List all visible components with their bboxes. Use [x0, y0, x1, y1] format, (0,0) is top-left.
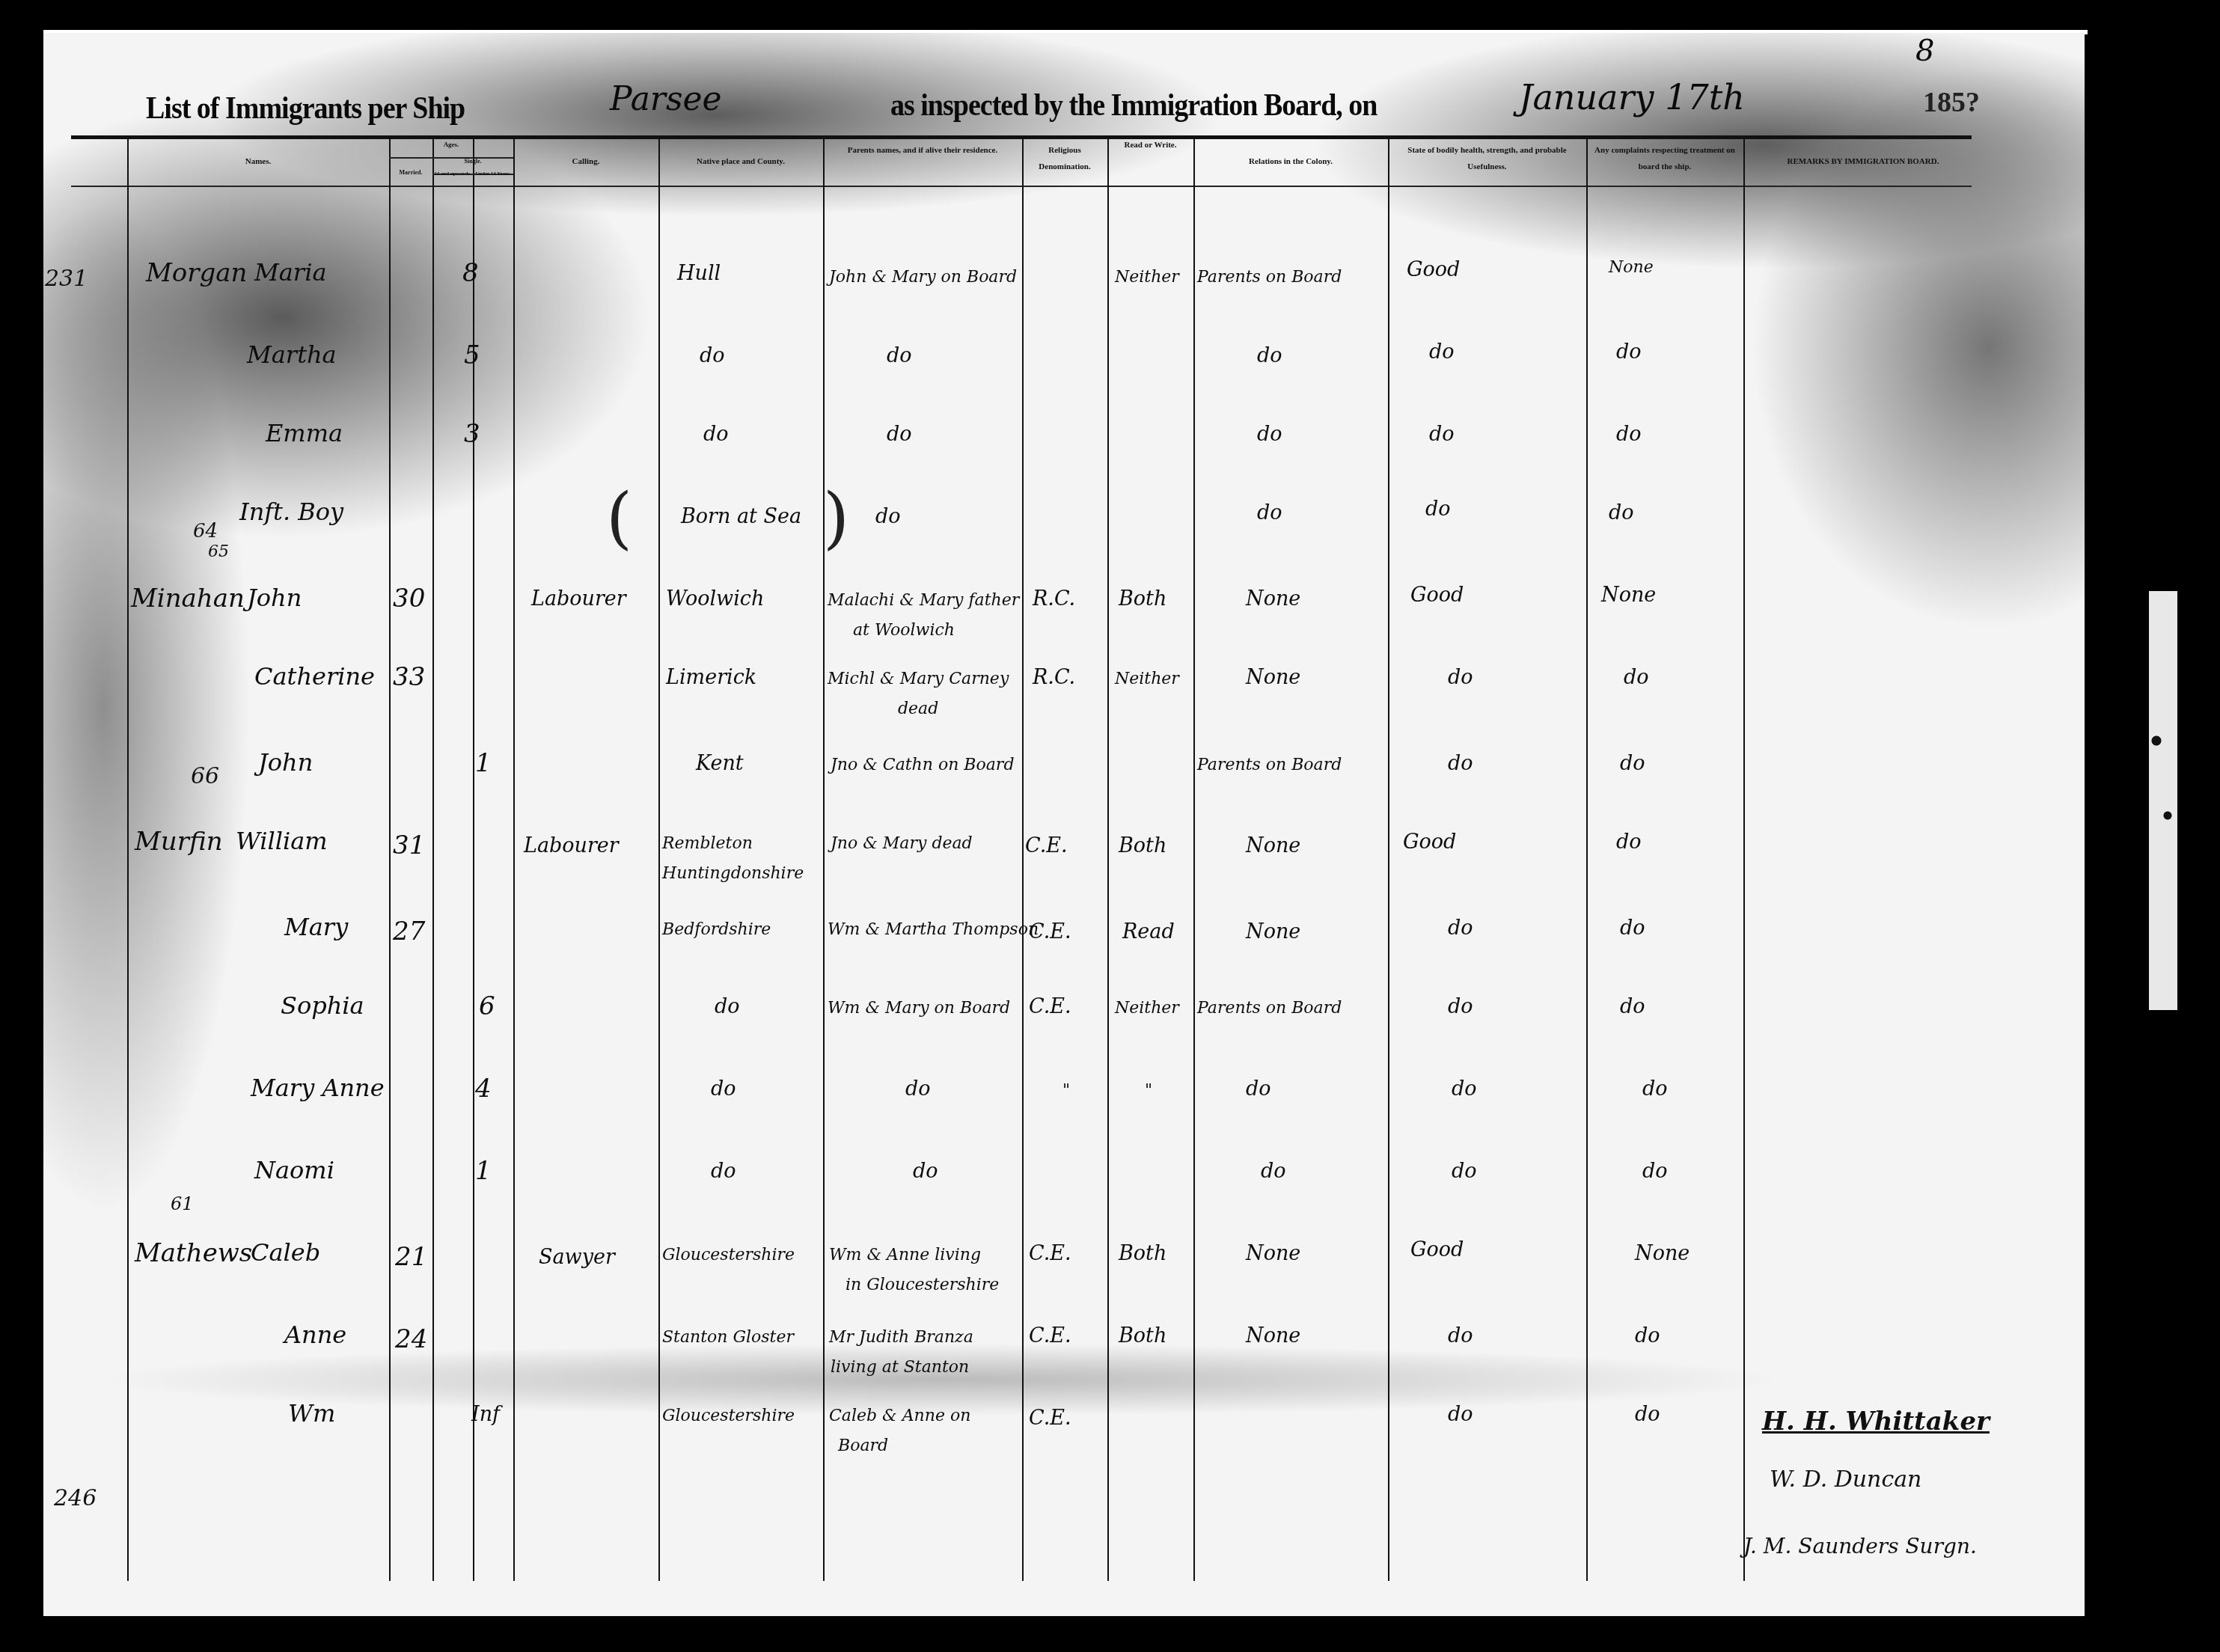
health: do	[1448, 666, 1473, 689]
parents-line-2: living at Stanton	[831, 1358, 969, 1377]
age-married: 31	[393, 830, 425, 860]
parents: do	[913, 1160, 938, 1183]
health: do	[1425, 498, 1451, 521]
health: do	[1452, 1077, 1477, 1101]
health: do	[1429, 340, 1455, 364]
given-name: Wm	[288, 1399, 335, 1428]
age-under-14: 4	[475, 1074, 492, 1104]
margin-number: 246	[54, 1485, 97, 1511]
film-edge-strip	[2149, 591, 2177, 1010]
relations: do	[1261, 1160, 1286, 1183]
given-name: Sophia	[281, 991, 364, 1020]
col-divider	[513, 137, 515, 1581]
health: Good	[1410, 1238, 1464, 1261]
native-place: Stanton Gloster	[662, 1328, 794, 1347]
parents: Wm & Mary on Board	[828, 999, 1010, 1018]
header-names: Names.	[127, 153, 389, 170]
health: Good	[1410, 584, 1464, 607]
read-write: Neither	[1115, 268, 1179, 287]
col-divider	[1193, 137, 1195, 1581]
given-name: Martha	[247, 340, 337, 369]
parents: do	[875, 505, 901, 528]
header-parents: Parents names, and if alive their reside…	[831, 142, 1015, 159]
health: Good	[1403, 830, 1456, 854]
native-place: Gloucestershire	[662, 1407, 795, 1425]
health: do	[1448, 995, 1473, 1018]
header-ages: Ages.	[389, 136, 513, 153]
margin-number: 65	[208, 542, 229, 561]
native-place: do	[703, 423, 729, 446]
margin-number: 231	[45, 266, 88, 292]
signature: H. H. Whittaker	[1762, 1407, 1990, 1437]
header-health: State of bodily health, strength, and pr…	[1395, 142, 1579, 175]
religion: "	[1062, 1081, 1070, 1100]
title-prefix: List of Immigrants per Ship	[146, 91, 465, 126]
age-under-14: 1	[475, 748, 492, 778]
health: do	[1448, 917, 1473, 940]
parents: John & Mary on Board	[829, 268, 1017, 287]
col-divider	[658, 137, 660, 1581]
age-under-14: 8	[462, 258, 479, 288]
religion: C.E.	[1025, 834, 1068, 857]
age-married: 27	[393, 917, 425, 946]
native-place: Born at Sea	[681, 505, 801, 528]
header-under-14: Under 14 Years.	[473, 171, 513, 177]
parents-line-2: dead	[898, 700, 938, 718]
read-write: Both	[1119, 1242, 1166, 1265]
signature: W. D. Duncan	[1770, 1466, 1921, 1493]
health: do	[1448, 1403, 1473, 1426]
complaints: do	[1635, 1403, 1660, 1426]
native-place: Kent	[696, 752, 744, 775]
complaints: do	[1616, 340, 1642, 364]
header-relations: Relations in the Colony.	[1193, 153, 1388, 170]
document-title: List of Immigrants per Ship Parsee as in…	[86, 86, 2031, 138]
margin-number: 64	[193, 520, 218, 542]
complaints: None	[1609, 258, 1654, 277]
title-middle: as inspected by the Immigration Board, o…	[890, 88, 1377, 123]
age-married: 24	[395, 1324, 427, 1354]
complaints: do	[1616, 830, 1642, 854]
age-under-14: 6	[479, 991, 495, 1021]
age-under-14: 5	[464, 340, 480, 370]
read-write: Both	[1119, 834, 1166, 857]
header-bottom-rule	[71, 186, 1972, 187]
native-place: Gloucestershire	[662, 1246, 795, 1264]
read-write: "	[1145, 1081, 1152, 1100]
document-page	[43, 33, 2085, 1616]
surname: Minahan	[131, 584, 245, 614]
religion: C.E.	[1029, 920, 1071, 943]
religion: C.E.	[1029, 1242, 1071, 1265]
header-read-write: Read or Write.	[1115, 138, 1186, 152]
header-top-rule	[71, 135, 1972, 139]
complaints: do	[1635, 1324, 1660, 1347]
given-name: Anne	[284, 1321, 346, 1349]
religion: R.C.	[1033, 587, 1075, 611]
header-14-upwards: 14 and upwards.	[432, 171, 473, 177]
calling: Labourer	[531, 587, 626, 611]
page-mark: 8	[1915, 34, 1934, 68]
religion: C.E.	[1029, 1407, 1071, 1430]
col-divider	[127, 137, 129, 1581]
parents-line-2: Board	[838, 1437, 888, 1455]
year: 185?	[1923, 86, 1980, 119]
header-married: Married.	[389, 165, 432, 181]
parents: Mr Judith Branza	[829, 1328, 973, 1347]
parents: do	[905, 1077, 931, 1101]
given-name: Caleb	[251, 1238, 320, 1267]
col-divider	[1586, 137, 1588, 1581]
health: do	[1448, 752, 1473, 775]
read-write: Both	[1119, 1324, 1166, 1347]
native-place: Rembleton	[662, 834, 753, 853]
religion: R.C.	[1033, 666, 1075, 689]
parents: do	[887, 423, 912, 446]
col-divider	[432, 137, 434, 1581]
given-name: Inft. Boy	[239, 498, 343, 526]
header-religion: Religious Denomination.	[1022, 142, 1107, 175]
complaints: do	[1616, 423, 1642, 446]
header-calling: Calling.	[513, 153, 658, 170]
health: do	[1452, 1160, 1477, 1183]
native-place: do	[700, 344, 725, 367]
age-under-14: Inf	[471, 1403, 500, 1426]
complaints: do	[1620, 995, 1645, 1018]
margin-number: 66	[191, 763, 219, 789]
relations: Parents on Board	[1197, 999, 1342, 1018]
surname: Mathews	[135, 1238, 252, 1268]
col-divider	[1743, 137, 1745, 1581]
religion: C.E.	[1029, 1324, 1071, 1347]
parents: Wm & Martha Thompson	[828, 920, 1039, 939]
calling: Labourer	[524, 834, 619, 857]
relations: Parents on Board	[1197, 268, 1342, 287]
age-under-14: 3	[464, 419, 480, 449]
read-write: Neither	[1115, 999, 1179, 1018]
given-name: Catherine	[254, 662, 375, 691]
parents: Jno & Mary dead	[831, 834, 973, 853]
parents: Jno & Cathn on Board	[831, 756, 1014, 774]
native-place: Hull	[677, 262, 721, 285]
header-remarks: REMARKS BY IMMIGRATION BOARD.	[1751, 153, 1975, 170]
col-divider	[1388, 137, 1389, 1581]
complaints: do	[1642, 1160, 1668, 1183]
read-write: Neither	[1115, 670, 1179, 688]
header-native-place: Native place and County.	[658, 153, 823, 170]
bracket-open: (	[606, 479, 632, 557]
given-name: John	[247, 584, 302, 612]
relations: None	[1246, 666, 1300, 689]
given-name: Naomi	[254, 1156, 334, 1184]
relations: None	[1246, 920, 1300, 943]
complaints: do	[1624, 666, 1649, 689]
relations: do	[1246, 1077, 1271, 1101]
native-place: Limerick	[666, 666, 756, 689]
relations: do	[1257, 501, 1282, 524]
age-under-14: 1	[475, 1156, 492, 1186]
age-married: 30	[393, 584, 425, 614]
parents: Wm & Anne living	[829, 1246, 981, 1264]
parents: Caleb & Anne on	[829, 1407, 970, 1425]
read-write: Read	[1122, 920, 1175, 943]
given-name: Maria	[254, 258, 326, 287]
health: Good	[1407, 258, 1460, 281]
native-place: do	[711, 1077, 736, 1101]
header-single: Single.	[432, 153, 513, 170]
relations: None	[1246, 834, 1300, 857]
col-divider	[1022, 137, 1024, 1581]
calling: Sawyer	[539, 1246, 615, 1269]
margin-number: 61	[171, 1193, 194, 1214]
inspection-date: January 17th	[1519, 77, 1745, 117]
header-complaints: Any complaints respecting treatment on b…	[1590, 142, 1740, 175]
parents: Michl & Mary Carney	[828, 670, 1009, 688]
surname: Morgan	[146, 258, 247, 288]
ship-name: Parsee	[610, 80, 722, 118]
complaints: None	[1601, 584, 1656, 607]
religion: C.E.	[1029, 995, 1071, 1018]
health: do	[1429, 423, 1455, 446]
parents: Malachi & Mary father	[828, 591, 1019, 610]
relations: do	[1257, 423, 1282, 446]
native-place: Woolwich	[666, 587, 764, 611]
parents-line-2: in Gloucestershire	[846, 1276, 999, 1294]
relations: do	[1257, 344, 1282, 367]
age-married: 33	[393, 662, 425, 692]
given-name: William	[236, 827, 328, 855]
col-divider	[389, 137, 391, 1581]
complaints: do	[1620, 752, 1645, 775]
signature: J. M. Saunders Surgn.	[1743, 1534, 1977, 1558]
complaints: do	[1609, 501, 1634, 524]
parents-line-2: at Woolwich	[853, 621, 955, 640]
complaints: do	[1620, 917, 1645, 940]
native-place-line-2: Huntingdonshire	[662, 864, 804, 883]
given-name: John	[258, 748, 313, 777]
given-name: Mary Anne	[251, 1074, 385, 1102]
native-place: Bedfordshire	[662, 920, 771, 939]
read-write: Both	[1119, 587, 1166, 611]
col-divider	[823, 137, 825, 1581]
age-married: 21	[395, 1242, 427, 1272]
bracket-close: )	[823, 479, 849, 557]
given-name: Mary	[284, 913, 348, 941]
given-name: Emma	[266, 419, 343, 447]
native-place: do	[715, 995, 740, 1018]
col-divider	[1107, 137, 1109, 1581]
native-place: do	[711, 1160, 736, 1183]
relations: None	[1246, 1242, 1300, 1265]
surname: Murfin	[135, 827, 223, 857]
complaints: do	[1642, 1077, 1668, 1101]
relations: None	[1246, 587, 1300, 611]
relations: None	[1246, 1324, 1300, 1347]
relations: Parents on Board	[1197, 756, 1342, 774]
parents: do	[887, 344, 912, 367]
complaints: None	[1635, 1242, 1690, 1265]
health: do	[1448, 1324, 1473, 1347]
